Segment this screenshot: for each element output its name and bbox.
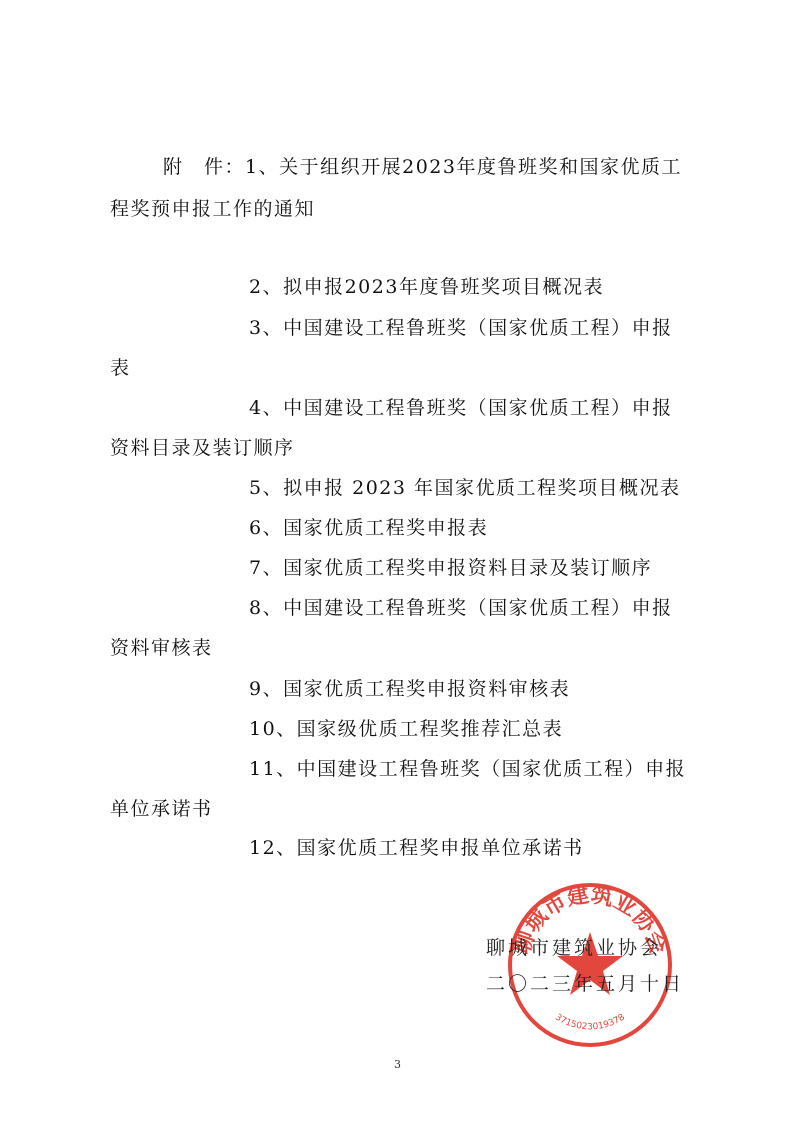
attachment-item-8: 8、中国建设工程鲁班奖（国家优质工程）申报 (249, 596, 673, 620)
official-seal-icon: 聊城市建筑业协会 3715023019378 (505, 880, 675, 1050)
attachment-item-8-cont: 资料审核表 (110, 636, 213, 660)
signature-date: 二〇二三年五月十日 (486, 972, 684, 996)
attachment-item-4-cont: 资料目录及装订顺序 (110, 436, 295, 460)
svg-text:3715023019378: 3715023019378 (553, 1012, 627, 1032)
page-number: 3 (0, 1058, 795, 1071)
attachment-item-1-cont: 程奖预申报工作的通知 (110, 197, 315, 221)
attachment-item-10: 10、国家级优质工程奖推荐汇总表 (249, 717, 563, 741)
attachment-intro: 附 件：1、关于组织开展2023年度鲁班奖和国家优质工 (163, 155, 682, 179)
attachment-item-7: 7、国家优质工程奖申报资料目录及装订顺序 (249, 556, 652, 580)
attachment-label: 附 件： (163, 156, 245, 178)
attachment-item-2: 2、拟申报2023年度鲁班奖项目概况表 (249, 275, 604, 299)
attachment-item-6: 6、国家优质工程奖申报表 (249, 516, 488, 540)
attachment-item-3: 3、中国建设工程鲁班奖（国家优质工程）申报 (249, 316, 673, 340)
attachment-item-3-cont: 表 (110, 356, 131, 380)
attachment-item-1: 1、关于组织开展2023年度鲁班奖和国家优质工 (245, 156, 682, 178)
attachment-item-11: 11、中国建设工程鲁班奖（国家优质工程）申报 (249, 757, 686, 781)
attachment-item-12: 12、国家优质工程奖申报单位承诺书 (249, 836, 584, 860)
attachment-item-9: 9、国家优质工程奖申报资料审核表 (249, 677, 570, 701)
attachment-item-11-cont: 单位承诺书 (110, 797, 213, 821)
attachment-item-4: 4、中国建设工程鲁班奖（国家优质工程）申报 (249, 396, 673, 420)
signature-organization: 聊城市建筑业协会 (486, 936, 662, 960)
attachment-item-5: 5、拟申报 2023 年国家优质工程奖项目概况表 (249, 476, 681, 500)
